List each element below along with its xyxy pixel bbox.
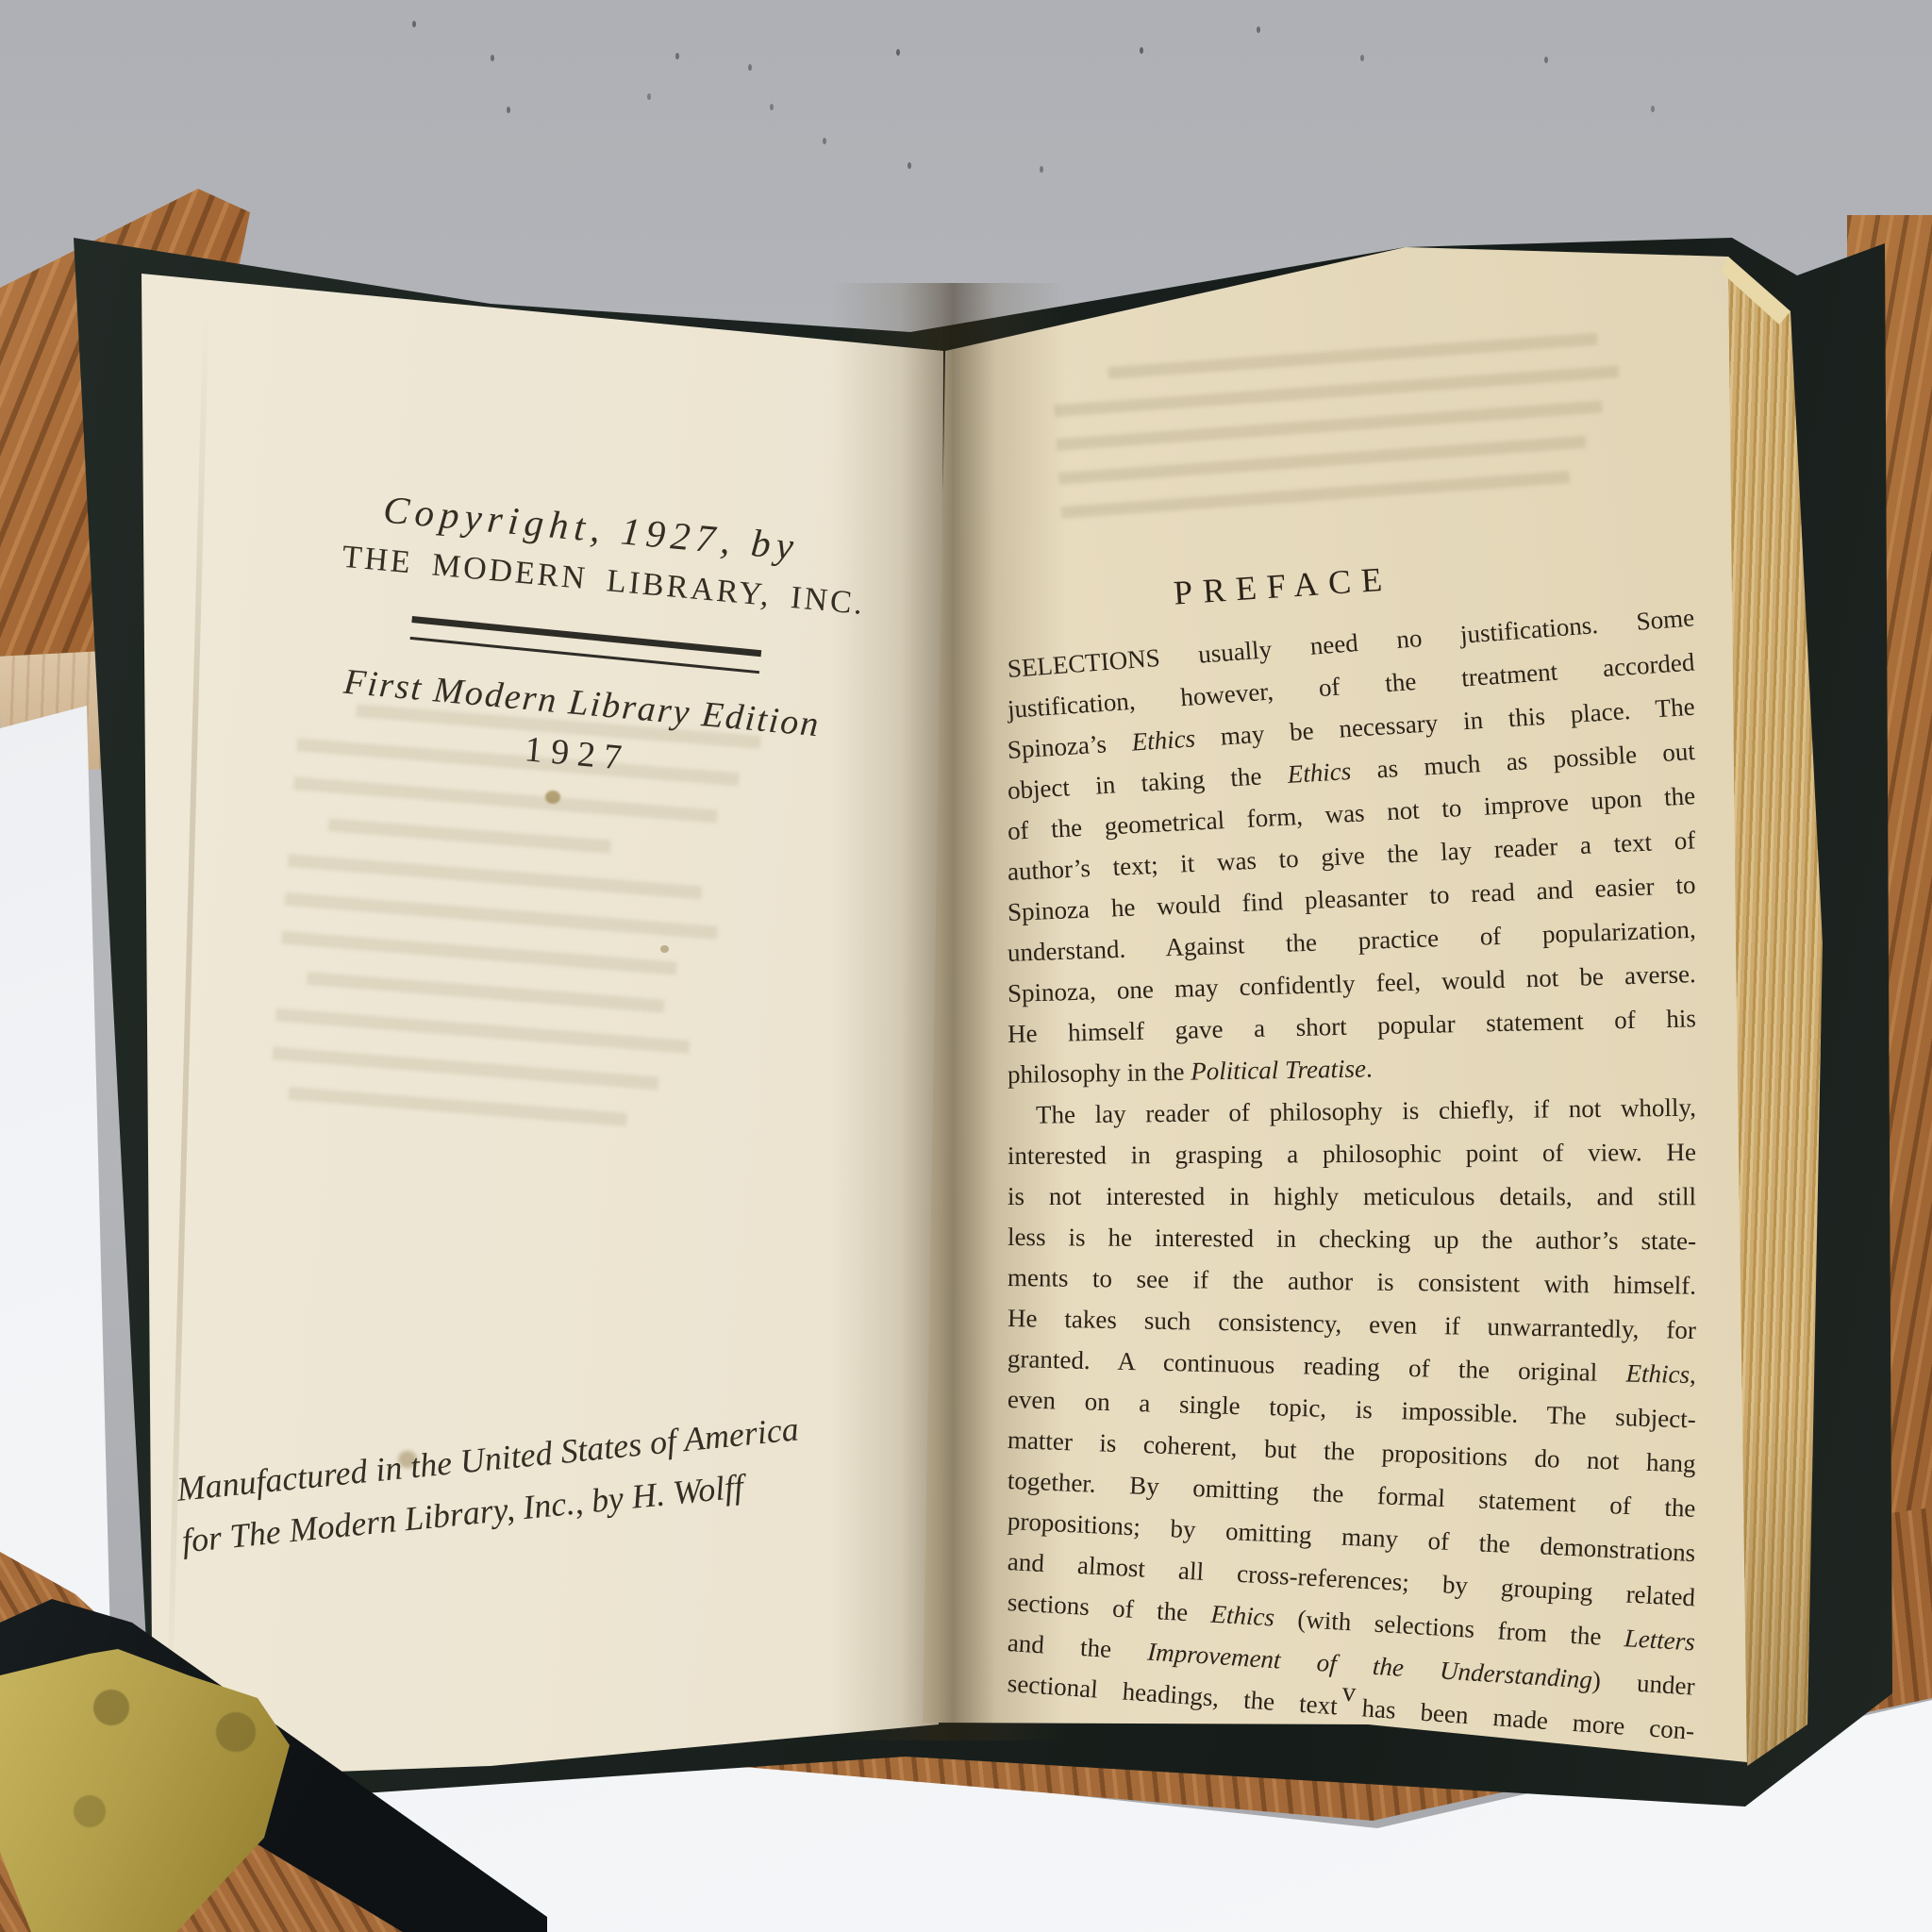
stain-dot <box>545 791 560 804</box>
preface-line: ments to see if the author is consistent… <box>1008 1257 1696 1307</box>
preface-line: interested in grasping a philosophic poi… <box>1008 1132 1696 1176</box>
stain-dot <box>660 945 669 953</box>
preface-line: less is he interested in checking up the… <box>1008 1217 1696 1261</box>
page-number: v <box>1315 1675 1383 1710</box>
preface-text-block: SELECTIONS usually need no justification… <box>1008 649 1696 1704</box>
wall-speck-group <box>0 0 4 7</box>
preface-line: The lay reader of philosophy is chiefly,… <box>1008 1088 1696 1136</box>
preface-line: is not interested in highly meticulous d… <box>1008 1176 1696 1217</box>
photo-open-book-scene: Copyright, 1927, by THE MODERN LIBRARY, … <box>0 0 1932 1932</box>
